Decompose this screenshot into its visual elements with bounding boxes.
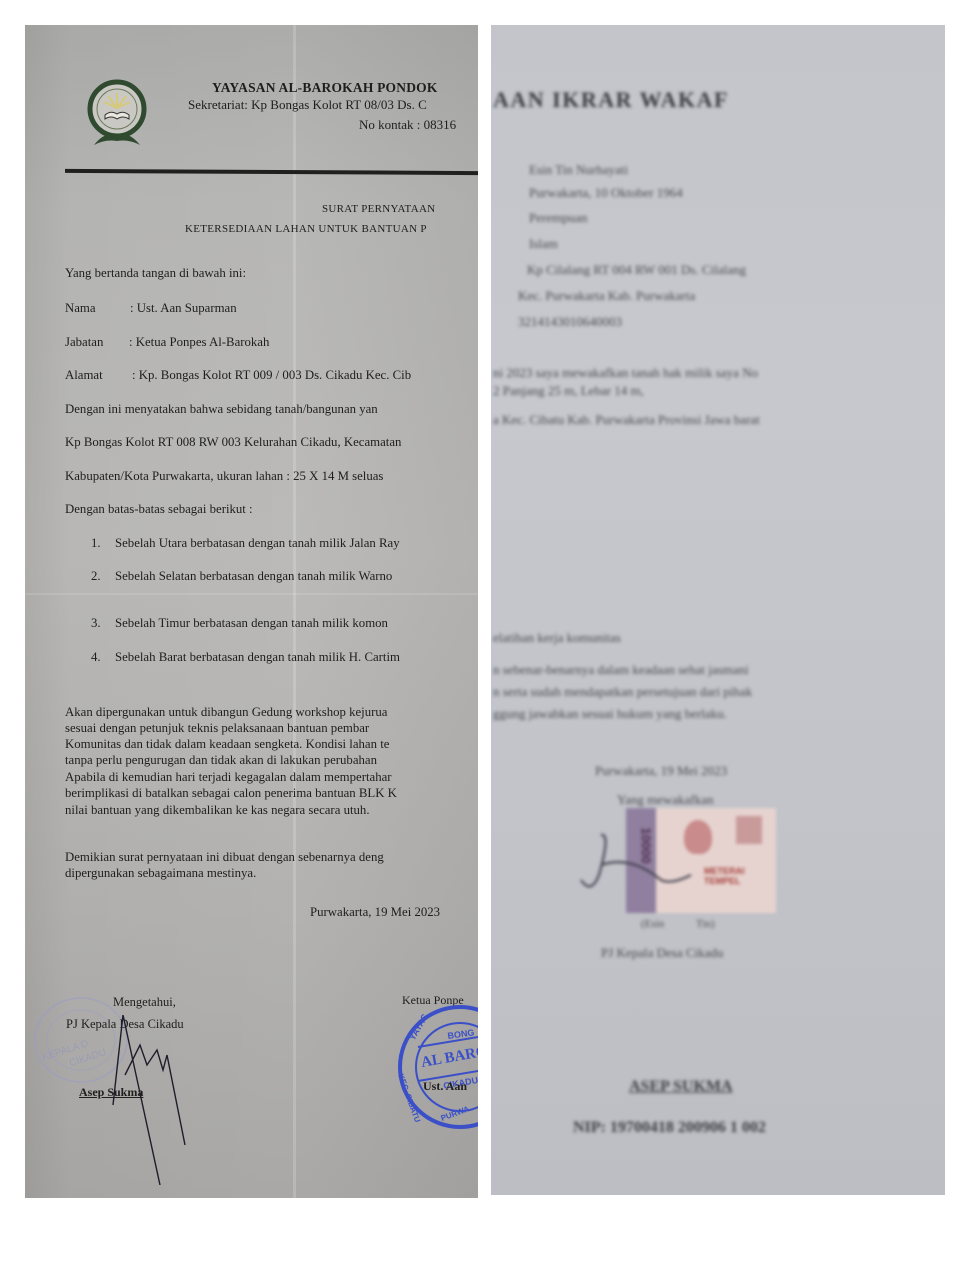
boundary-number: 2.	[91, 569, 101, 584]
contact-number: No kontak : 08316	[359, 117, 456, 133]
statement-line: Kp Bongas Kolot RT 008 RW 003 Kelurahan …	[65, 435, 401, 450]
signer-name-part: (Esin	[641, 918, 664, 930]
organization-name: YAYASAN AL-BAROKAH PONDOK	[212, 80, 438, 96]
left-document-photo: YAYASAN AL-BAROKAH PONDOK Sekretariat: K…	[25, 25, 478, 1198]
village-head-nip: NIP: 19700418 200906 1 002	[573, 1119, 766, 1137]
document-title: SURAT PERNYATAAN	[322, 203, 435, 215]
body-line: a Kec. Cibatu Kab. Purwakarta Provinsi J…	[493, 412, 760, 428]
stamp-label: METERAI TEMPEL	[704, 866, 776, 886]
wakif-field: Islam	[529, 236, 558, 252]
document-title: AAN IKRAR WAKAF	[493, 87, 729, 113]
paper-fold	[293, 25, 296, 1198]
document-subtitle: KETERSEDIAAN LAHAN UNTUK BANTUAN P	[185, 223, 427, 235]
boundary-number: 4.	[91, 650, 101, 665]
wakif-field: Kec. Purwakarta Kab. Purwakarta	[518, 288, 695, 304]
purpose-line: nilai bantuan yang dikembalikan ke kas n…	[65, 803, 370, 818]
village-head-name: ASEP SUKMA	[629, 1078, 733, 1096]
wakif-field: Kp Cilalang RT 004 RW 001 Ds. Cilalang	[527, 262, 746, 278]
village-head-position: PJ Kepala Desa Cikadu	[601, 945, 723, 961]
purpose-line: sesuai dengan petunjuk teknis pelaksanaa…	[65, 721, 369, 736]
boundary-north: Sebelah Utara berbatasan dengan tanah mi…	[115, 536, 400, 551]
purpose-line: elatihan kerja komunitas	[493, 630, 621, 646]
place-date: Purwakarta, 19 Mei 2023	[310, 905, 440, 920]
body-line: ni 2023 saya mewakafkan tanah hak milik …	[493, 365, 758, 381]
body-line: 2 Panjang 25 m, Lebar 14 m,	[493, 383, 644, 399]
statement-line: Dengan ini menyatakan bahwa sebidang tan…	[65, 402, 378, 417]
wakif-field: 3214143010640003	[518, 314, 622, 330]
wakif-field: Esin Tin Nurhayati	[529, 162, 628, 178]
chairman-name: Ust. Aan	[423, 1079, 467, 1094]
field-label: Jabatan	[65, 335, 103, 350]
boundary-number: 1.	[91, 536, 101, 551]
svg-text:PURWA: PURWA	[440, 1104, 471, 1123]
foundation-stamp-icon: YAYAS BONG AL BARO CIKADU KEC. CIBATU PU…	[390, 1005, 478, 1135]
field-label: Nama	[65, 301, 96, 316]
purpose-line: n sebenar-benarnya dalam keadaan sehat j…	[493, 662, 749, 678]
closing-line: dipergunakan sebagaimana mestinya.	[65, 866, 256, 881]
field-value-name: : Ust. Aan Suparman	[130, 301, 237, 316]
organization-logo-icon	[80, 75, 154, 155]
acknowledged-label: Mengetahui,	[113, 995, 176, 1010]
purpose-line: tanpa perlu pengurugan dan tidak akan di…	[65, 753, 377, 768]
signature-icon	[571, 825, 711, 905]
village-head-name: Asep Sukma	[79, 1085, 143, 1100]
signature-icon	[85, 1015, 195, 1185]
boundary-number: 3.	[91, 616, 101, 631]
signer-name-part: Tin)	[696, 918, 715, 930]
closing-line: Demikian surat pernyataan ini dibuat den…	[65, 850, 384, 865]
intro-text: Yang bertanda tangan di bawah ini:	[65, 266, 246, 281]
boundary-south: Sebelah Selatan berbatasan dengan tanah …	[115, 569, 392, 584]
wakif-field: Purwakarta, 10 Oktober 1964	[529, 185, 683, 201]
right-document-photo: AAN IKRAR WAKAF Esin Tin Nurhayati Purwa…	[491, 25, 945, 1195]
purpose-line: berimplikasi di batalkan sebagai calon p…	[65, 786, 397, 801]
place-date: Purwakarta, 19 Mei 2023	[595, 763, 727, 779]
blurred-content: AAN IKRAR WAKAF Esin Tin Nurhayati Purwa…	[491, 25, 945, 1195]
statement-line: Kabupaten/Kota Purwakarta, ukuran lahan …	[65, 469, 383, 484]
wakif-field: Perempuan	[529, 210, 587, 226]
purpose-line: ggung jawabkan sesuai hukum yang berlaku…	[493, 706, 727, 722]
purpose-line: Akan dipergunakan untuk dibangun Gedung …	[65, 705, 387, 720]
purpose-line: n serta sudah mendapatkan persetujuan da…	[493, 684, 752, 700]
purpose-line: Komunitas dan tidak dalam keadaan sengke…	[65, 737, 389, 752]
field-value-position: : Ketua Ponpes Al-Barokah	[129, 335, 269, 350]
boundary-west: Sebelah Barat berbatasan dengan tanah mi…	[115, 650, 400, 665]
boundary-east: Sebelah Timur berbatasan dengan tanah mi…	[115, 616, 388, 631]
purpose-line: Apabila di kemudian hari terjadi kegagal…	[65, 770, 392, 785]
boundaries-intro: Dengan batas-batas sebagai berikut :	[65, 502, 253, 517]
signer-label: Yang mewakafkan	[617, 792, 714, 808]
svg-text:AL BARO: AL BARO	[420, 1044, 478, 1071]
field-label: Alamat	[65, 368, 103, 383]
field-value-address: : Kp. Bongas Kolot RT 009 / 003 Ds. Cika…	[132, 368, 411, 383]
secretariat-address: Sekretariat: Kp Bongas Kolot RT 08/03 Ds…	[188, 97, 427, 113]
paper-fold	[25, 593, 478, 595]
letterhead-divider	[65, 169, 478, 175]
